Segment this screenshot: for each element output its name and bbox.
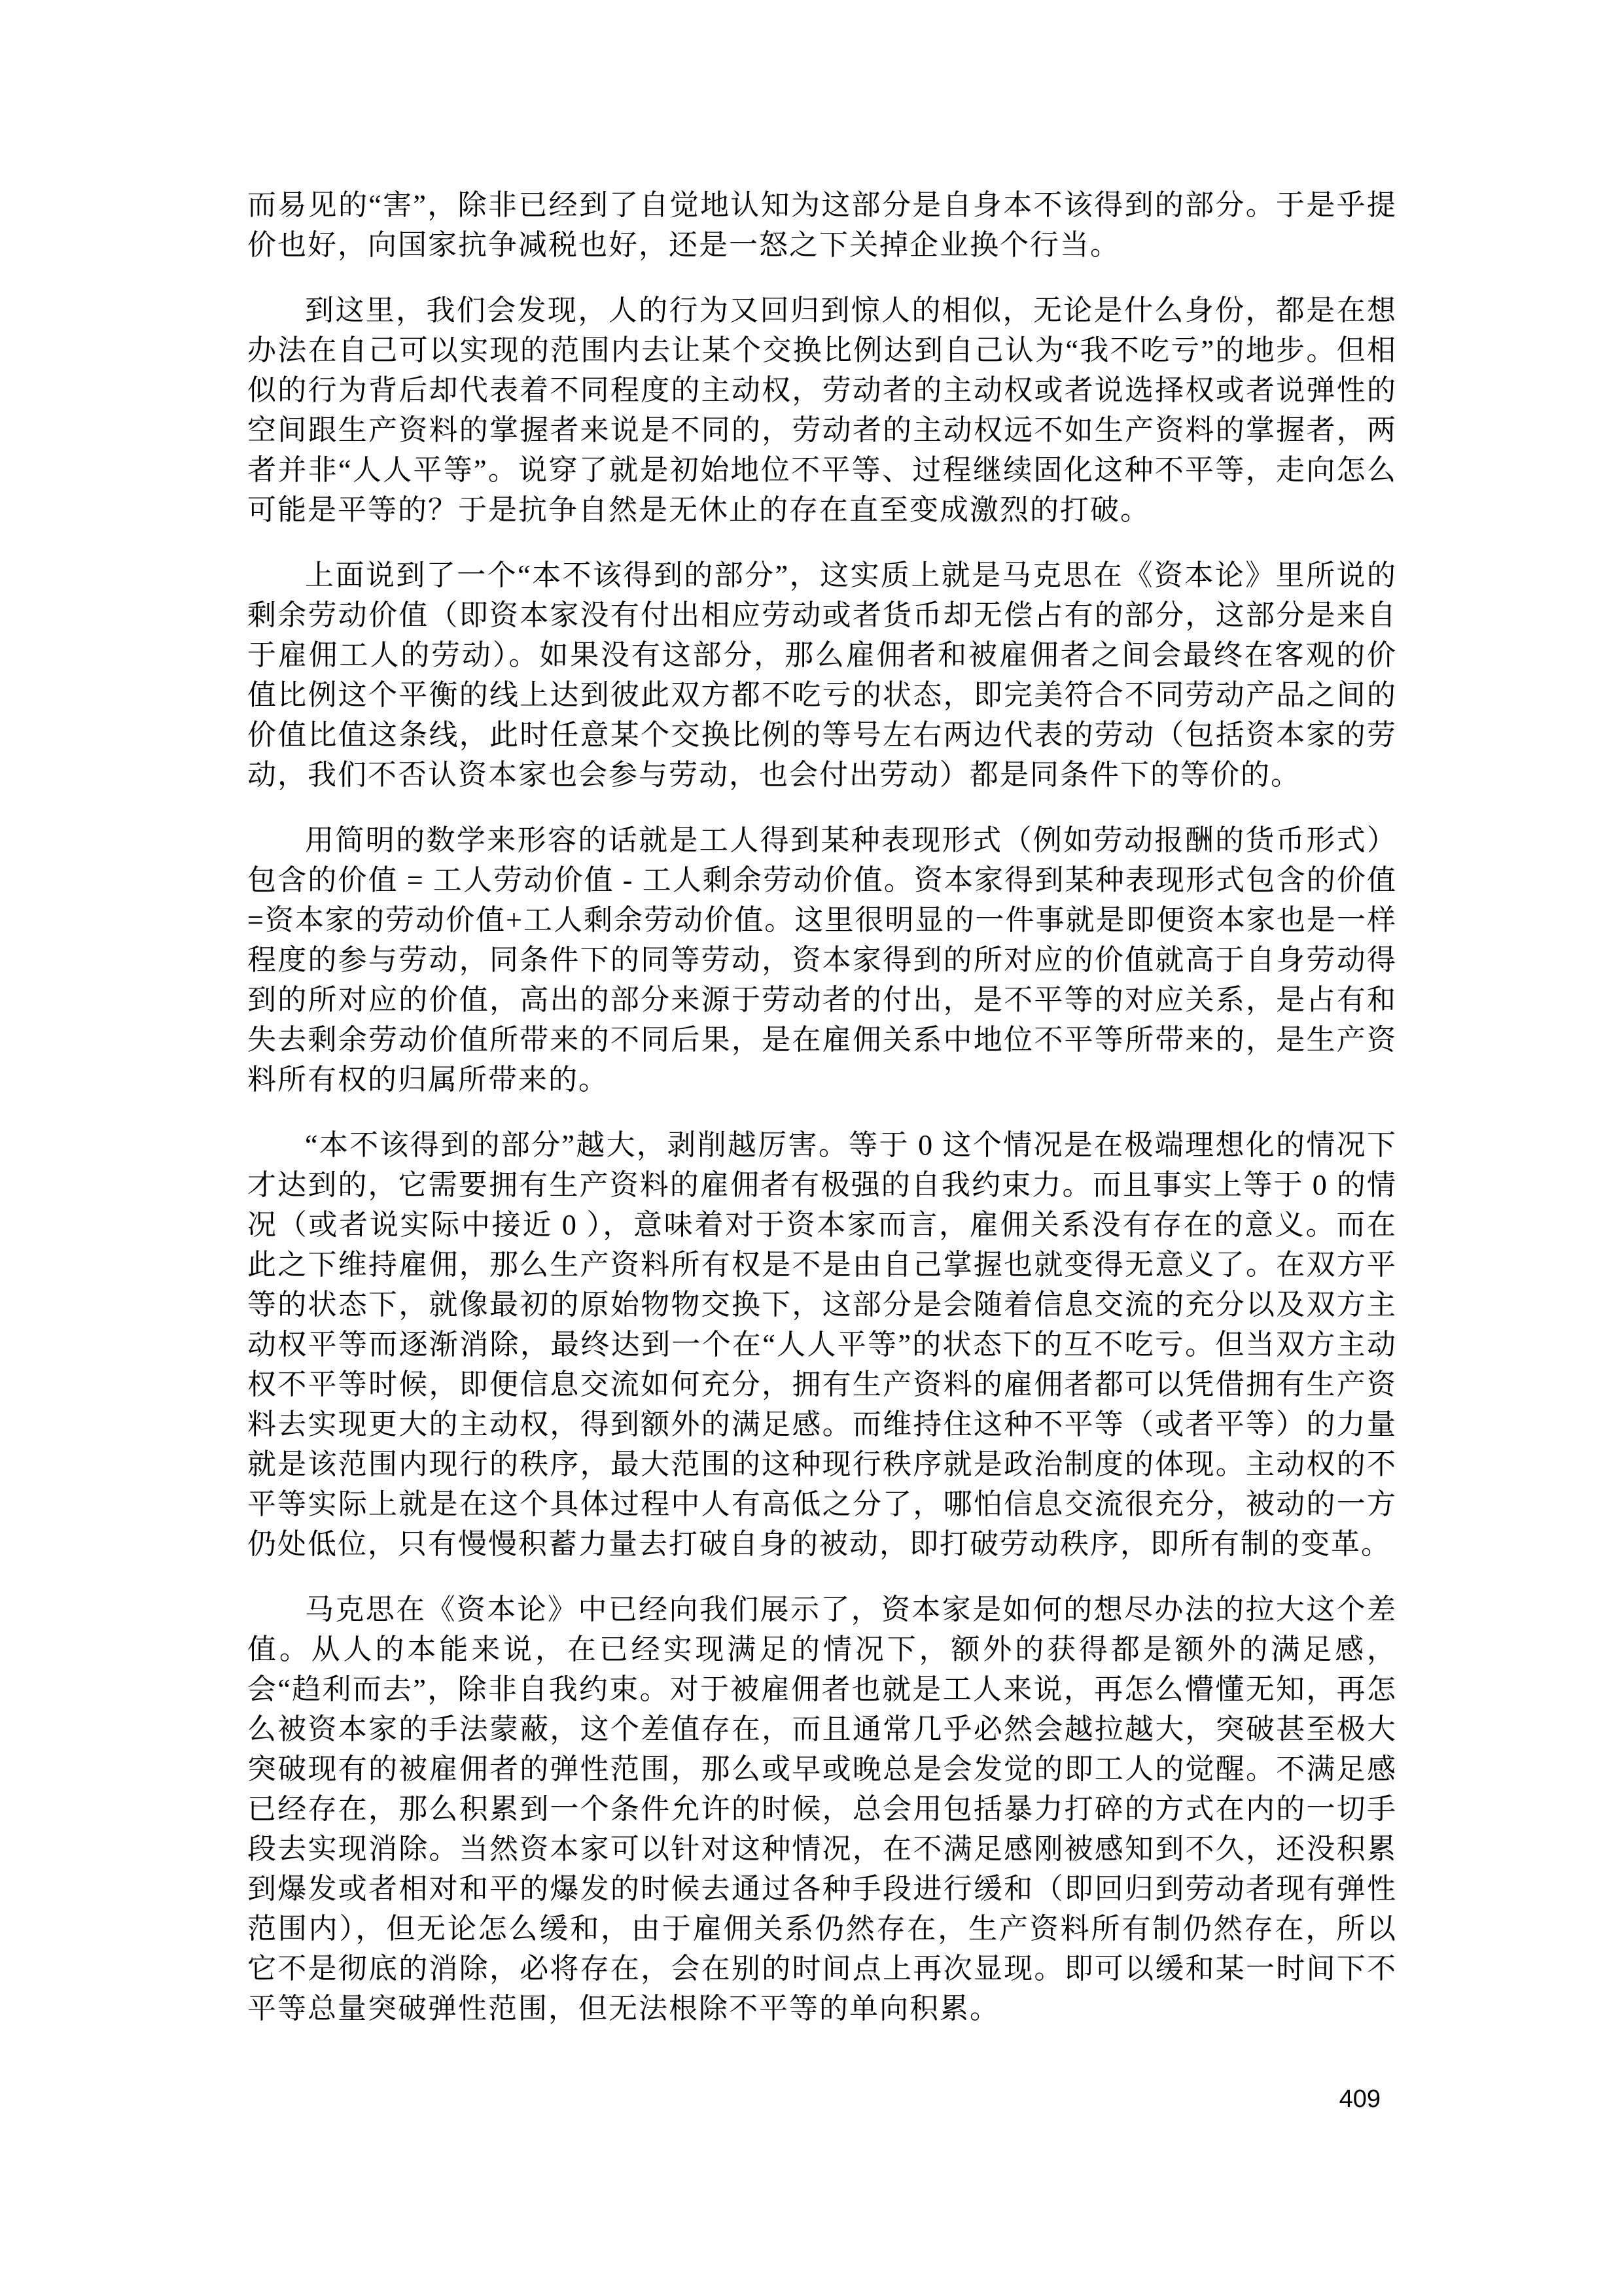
page-number: 409 <box>247 2084 1381 2114</box>
paragraph: 上面说到了一个“本不该得到的部分”，这实质上就是马克思在《资本论》里所说的剩余劳… <box>247 555 1397 795</box>
paragraph: 用简明的数学来形容的话就是工人得到某种表现形式（例如劳动报酬的货币形式）包含的价… <box>247 820 1397 1100</box>
paragraph: 马克思在《资本论》中已经向我们展示了，资本家是如何的想尽办法的拉大这个差值。从人… <box>247 1590 1397 2028</box>
document-page: 而易见的“害”，除非已经到了自觉地认知为这部分是自身本不该得到的部分。于是乎提价… <box>0 0 1624 2296</box>
paragraph: 到这里，我们会发现，人的行为又回归到惊人的相似，无论是什么身份，都是在想办法在自… <box>247 290 1397 530</box>
page-text-block: 而易见的“害”，除非已经到了自觉地认知为这部分是自身本不该得到的部分。于是乎提价… <box>247 185 1397 2054</box>
paragraph: 而易见的“害”，除非已经到了自觉地认知为这部分是自身本不该得到的部分。于是乎提价… <box>247 185 1397 265</box>
paragraph: “本不该得到的部分”越大，剥削越厉害。等于 0 这个情况是在极端理想化的情况下才… <box>247 1125 1397 1564</box>
